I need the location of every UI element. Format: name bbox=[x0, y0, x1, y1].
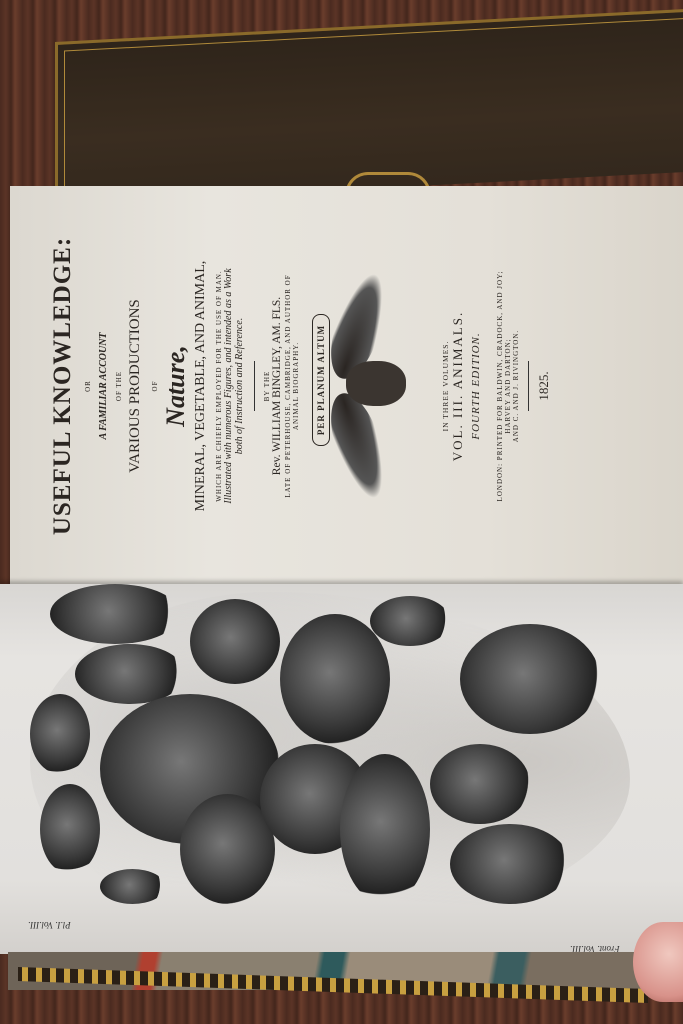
kingdoms: MINERAL, VEGETABLE, AND ANIMAL, bbox=[192, 196, 208, 576]
of-the: OF THE bbox=[115, 196, 123, 576]
publisher-1: LONDON: PRINTED FOR BALDWIN, CRADOCK, AN… bbox=[496, 196, 504, 576]
by-the: BY THE bbox=[262, 196, 270, 576]
author: Rev. WILLIAM BINGLEY, AM. FLS. bbox=[270, 196, 283, 576]
title-or: OR bbox=[83, 196, 91, 576]
title-page-text: USEFUL KNOWLEDGE: OR A FAMILIAR ACCOUNT … bbox=[27, 196, 667, 576]
pig-head-icon bbox=[450, 824, 570, 904]
boar-head-2-icon bbox=[430, 744, 530, 824]
nature-blackletter: Nature, bbox=[160, 196, 190, 576]
divider-rule-2 bbox=[528, 361, 529, 411]
publisher-3: AND C. AND J. RIVINGTON. bbox=[512, 196, 520, 576]
author-info-2: ANIMAL BIOGRAPHY. bbox=[291, 196, 299, 576]
volumes: IN THREE VOLUMES. bbox=[442, 196, 451, 576]
bison-head-icon bbox=[280, 614, 390, 744]
eagle-emblem-icon: PER PLANUM ALTUM bbox=[306, 271, 436, 501]
small-creature-icon bbox=[30, 694, 90, 774]
frontispiece-plate: Pl.I. Vol.III. Front. Vol.III. bbox=[0, 584, 683, 954]
year: 1825. bbox=[537, 196, 552, 576]
divider-rule bbox=[253, 361, 254, 411]
title-page: USEFUL KNOWLEDGE: OR A FAMILIAR ACCOUNT … bbox=[10, 186, 683, 586]
productions: VARIOUS PRODUCTIONS bbox=[127, 196, 144, 576]
deer-figure-2-icon bbox=[340, 754, 430, 904]
publisher-2: HARVEY AND DARTON; bbox=[504, 196, 512, 576]
book-title: USEFUL KNOWLEDGE: bbox=[49, 196, 78, 576]
rodent-figure-icon bbox=[40, 784, 100, 874]
edition: FOURTH EDITION. bbox=[469, 196, 482, 576]
motto-banner: PER PLANUM ALTUM bbox=[312, 314, 330, 446]
illustrated-line-2: both of Instruction and Reference. bbox=[234, 196, 246, 576]
volume-title: VOL. III. ANIMALS. bbox=[450, 196, 465, 576]
eagle-body bbox=[346, 361, 406, 406]
author-info-1: LATE OF PETERHOUSE, CAMBRIDGE, AND AUTHO… bbox=[283, 196, 291, 576]
ram-head-icon bbox=[190, 599, 280, 684]
bird-figure-icon bbox=[50, 584, 180, 644]
employed-text: WHICH ARE CHIEFLY EMPLOYED FOR THE USE O… bbox=[214, 196, 222, 576]
elk-head-icon bbox=[460, 624, 600, 734]
illustrated-line-1: Illustrated with numerous Figures, and i… bbox=[222, 196, 234, 576]
small-head-icon bbox=[100, 869, 165, 904]
subtitle: A FAMILIAR ACCOUNT bbox=[97, 196, 109, 576]
plate-label-left: Pl.I. Vol.III. bbox=[28, 920, 71, 930]
of: OF bbox=[150, 196, 158, 576]
small-animal-icon bbox=[370, 596, 450, 646]
